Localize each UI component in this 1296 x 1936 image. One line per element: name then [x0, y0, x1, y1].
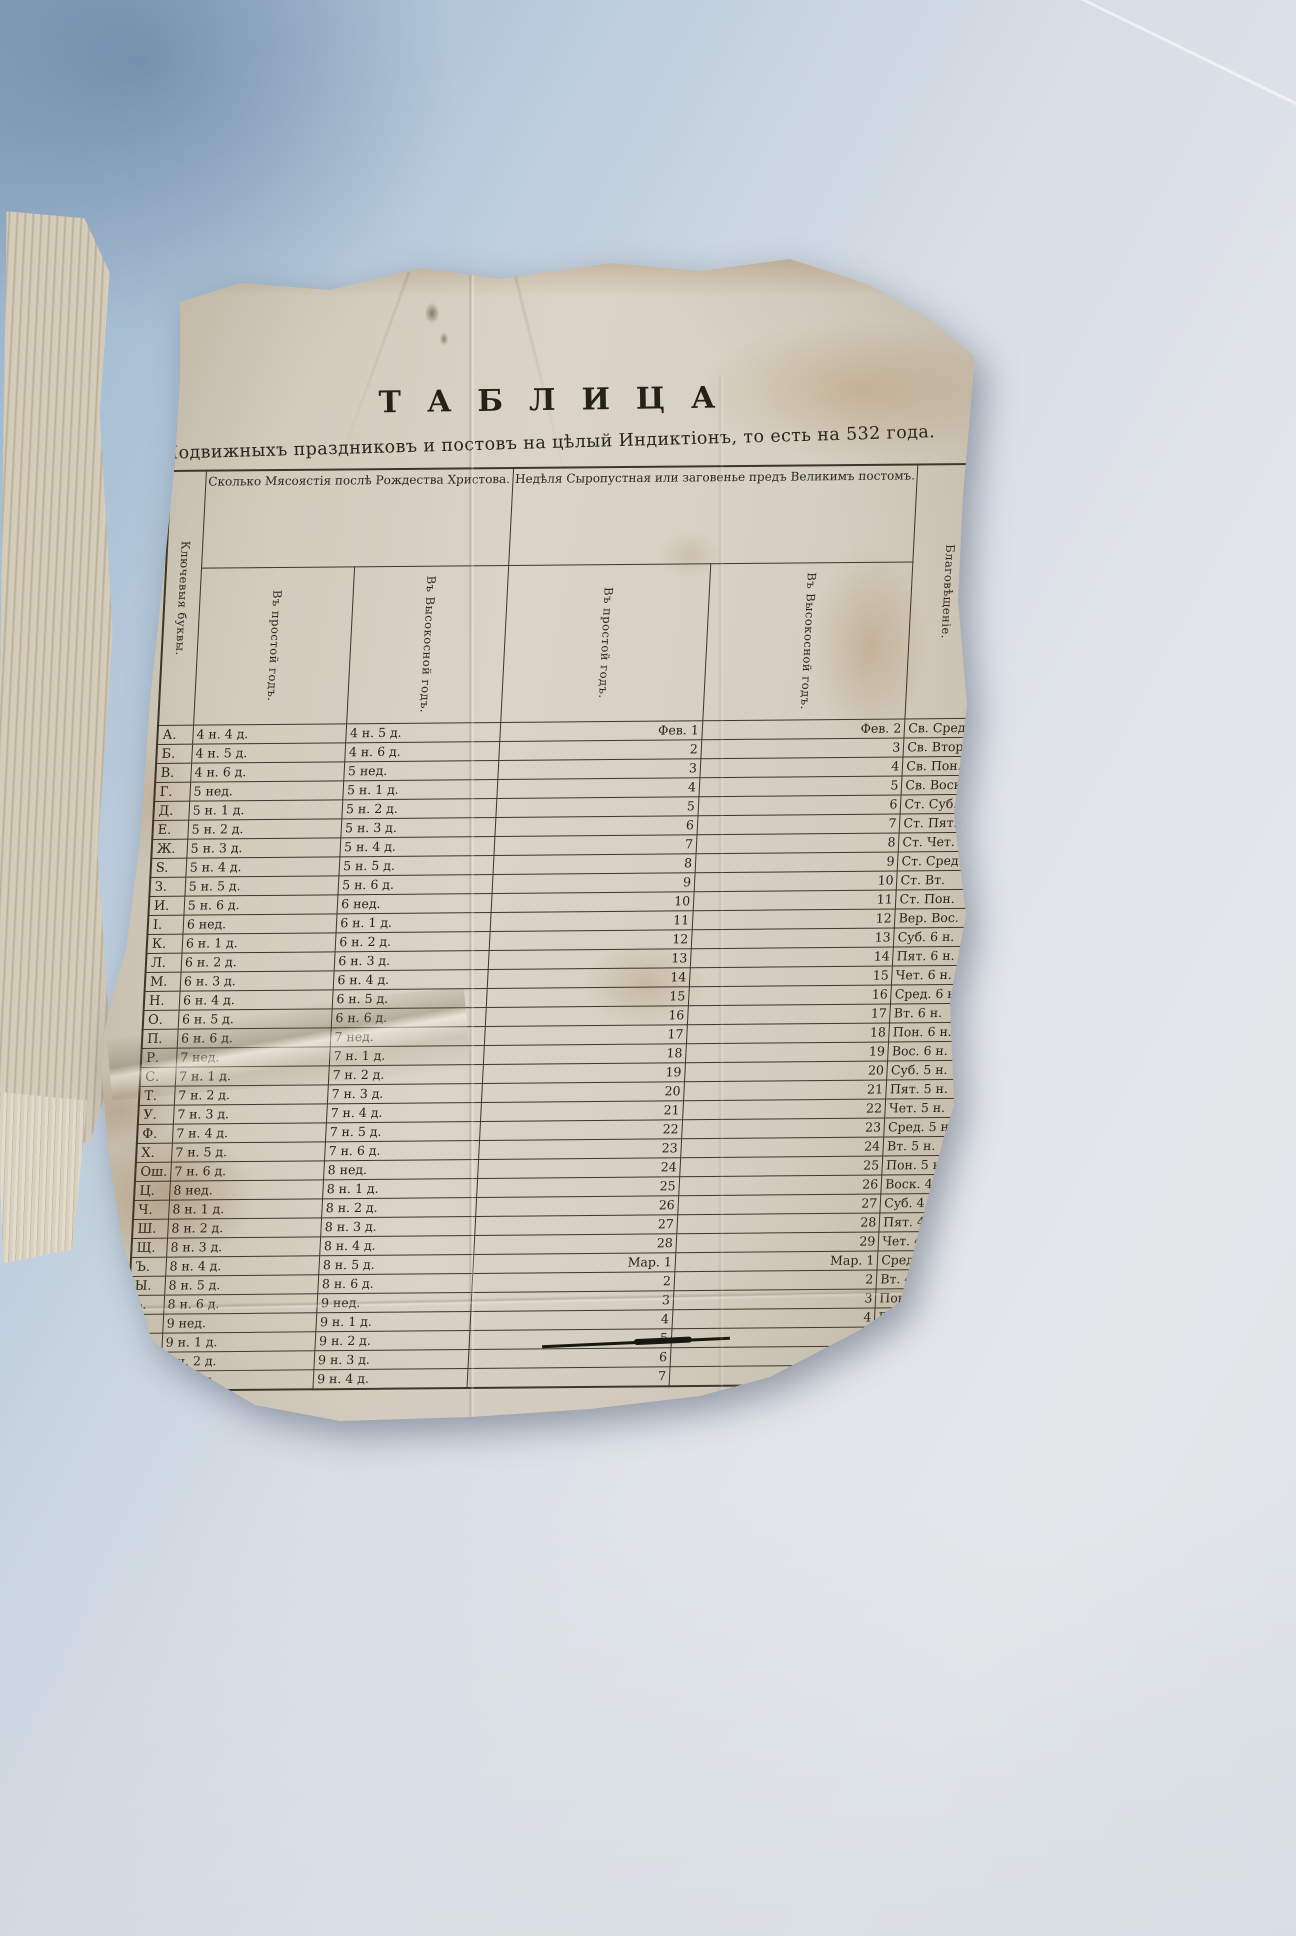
table-cell: 5 нед.	[190, 781, 344, 801]
table-cell: Маія 10	[1146, 716, 1209, 736]
table-cell: 26	[972, 794, 1031, 814]
table-cell: 7	[697, 814, 900, 835]
table-cell: 29	[1127, 1077, 1190, 1097]
table-cell: 6 н. 5 д.	[332, 989, 486, 1009]
table-cell: 18	[686, 1023, 889, 1044]
table-cell: 7 н. 5 д.	[326, 1122, 480, 1142]
table-cell: 4	[672, 1308, 875, 1329]
table-cell: 8 нед.	[324, 1160, 478, 1180]
table-row: В.4 н. 6 д.5 нед.34Св. Пон.24172121955	[155, 753, 1296, 783]
table-cell: 17	[1004, 1325, 1061, 1344]
table-cell: Воск. 4 н.	[881, 1174, 954, 1194]
table-cell: 6	[494, 816, 697, 837]
table-cell: 27	[1064, 1230, 1121, 1249]
table-row: Ч.8 н. 1 д.8 н. 2 д.2627Суб. 4 н.1610254…	[133, 1190, 1296, 1220]
table-cell: 23	[682, 1118, 885, 1139]
table-cell: 4 н. 5 д.	[192, 743, 346, 763]
table-cell: 2	[1245, 1209, 1296, 1228]
table-cell: 3	[1250, 1114, 1296, 1133]
table-cell: 5 н. 1 д.	[343, 780, 497, 800]
table-row: Ш.8 н. 2 д.8 н. 3 д.2728Пят. 4 н.1711265…	[132, 1209, 1296, 1239]
column-header-peter-fast-group: Петрова поста.	[1279, 460, 1296, 558]
table-row: М.6 н. 3 д.6 н. 4 д.1415Чет. 6 н.4281323…	[145, 962, 1296, 992]
table-cell: 29	[676, 1232, 879, 1253]
table-cell: 20	[1030, 812, 1087, 831]
table-cell: 12	[1144, 754, 1207, 774]
table-cell: 4	[1122, 1191, 1185, 1211]
table-cell: 31	[1194, 982, 1257, 1002]
table-cell: Фев. 2	[702, 719, 905, 740]
paschal-table: Ключевыя буквы. Сколько Мясоястія послѣ …	[123, 459, 1296, 1392]
table-cell: 5	[1266, 791, 1296, 810]
table-cell: 14	[1142, 792, 1205, 812]
table-cell: 8 н. 2 д.	[322, 1198, 476, 1218]
table-cell: 2	[1246, 1190, 1296, 1209]
table-cell: 6	[1270, 715, 1296, 734]
column-header-cheesefare-group: Недѣля Сыропустная или заговенье предъ В…	[508, 464, 918, 565]
table-cell: 2	[966, 927, 1025, 947]
table-cell: Сред. 4 н.	[877, 1250, 950, 1270]
table-cell: 6 н. 2 д.	[335, 932, 489, 952]
table-cell: 12	[1008, 1230, 1065, 1249]
table-cell: Воск. 3 н.	[874, 1307, 947, 1327]
table-cell: 28	[1022, 964, 1079, 983]
table-cell: Ц.	[134, 1181, 170, 1200]
table-cell: 19	[1030, 793, 1087, 812]
table-cell: 17	[484, 1025, 687, 1046]
column-header-annunciation: Благовѣщеніе.	[905, 464, 990, 719]
table-cell: 27	[678, 1194, 881, 1215]
table-cell: Суб. 5 н.	[887, 1060, 960, 1080]
table-cell: 4 н. 4 д.	[193, 724, 347, 744]
table-cell: 7	[1083, 850, 1140, 869]
table-cell: 23	[1202, 830, 1265, 850]
table-cell: Ѣ.	[127, 1314, 163, 1333]
table-cell: 18	[1031, 774, 1088, 793]
table-cell: І.	[147, 915, 183, 934]
table-cell: 9 нед.	[317, 1293, 471, 1313]
column-header-meat-simple-year: Въ простой годъ.	[193, 567, 354, 726]
column-header-easter: Пасха Христова.	[977, 463, 1048, 718]
table-cell: 18	[1073, 1059, 1130, 1078]
table-cell: 8 н. 4 д.	[320, 1236, 474, 1256]
table-cell: 27	[1198, 906, 1261, 926]
table-cell: 4 н. 6 д.	[345, 742, 499, 762]
table-cell: 7 н. 3 д.	[173, 1104, 327, 1124]
table-cell: 11	[1079, 926, 1136, 945]
table-cell: 30	[968, 870, 1027, 890]
table-cell: 5	[1015, 1097, 1072, 1116]
table-row: Р.7 нед.7 н. 1 д.1819Вос. 6 н.821727334	[141, 1038, 1296, 1068]
table-cell: 3	[1017, 1059, 1074, 1078]
table-row: Г.5 нед.5 н. 1 д.45Св. Воск.25183132054	[154, 772, 1296, 802]
table-cell: 8 н. 3 д.	[167, 1237, 321, 1257]
table-row: Б.4 н. 5 д.4 н. 6 д.23Св. Втор.2316Маія …	[156, 734, 1296, 764]
table-cell: 21	[1070, 1116, 1127, 1135]
table-cell: 16	[1004, 1306, 1061, 1325]
table-cell: 15	[689, 966, 892, 987]
table-cell: 6 н. 1 д.	[182, 933, 336, 953]
table-cell: 10	[1010, 1192, 1067, 1211]
table-cell: Іюня 1	[1059, 1325, 1116, 1344]
table-cell: 4 н. 5 д.	[346, 723, 500, 743]
column-header-peter-zagovenie: Петровской мясопустъ или заговенье.	[1209, 461, 1284, 716]
table-cell: Маія 17	[1208, 716, 1271, 736]
table-cell: Мар. 1	[472, 1253, 675, 1274]
table-cell: 18	[950, 1231, 1009, 1251]
table-cell: 10	[1185, 1172, 1248, 1192]
table-cell: 7 н. 2 д.	[329, 1065, 483, 1085]
table-cell: 3	[1087, 774, 1144, 793]
table-cell: 9 н. 3 д.	[314, 1350, 468, 1370]
table-cell: Ы.	[129, 1276, 165, 1295]
table-cell: 3	[701, 738, 904, 759]
table-cell: 5	[1269, 734, 1296, 753]
table-cell: 1	[1241, 1285, 1293, 1304]
table-row: S.5 н. 4 д.5 н. 5 д.89Ст. Сред.292271724…	[150, 848, 1296, 878]
table-cell: 5	[1263, 848, 1296, 867]
crease-vertical-right	[718, 375, 724, 1395]
crease-diagonal-right	[511, 264, 572, 498]
table-cell: 19	[1176, 1343, 1239, 1363]
table-cell: Суб. 4 н.	[880, 1193, 953, 1213]
table-cell: 5 н. 6 д.	[338, 875, 492, 895]
table-cell: 2	[1192, 1020, 1255, 1040]
table-cell: 22	[1203, 811, 1266, 831]
table-cell: 9 н. 1 д.	[162, 1332, 316, 1352]
table-row: І.6 нед.6 н. 1 д.1112Вер. Вос.Апр. 12510…	[147, 905, 1296, 935]
table-cell: 2	[1058, 1344, 1115, 1363]
table-cell: 11	[1184, 1191, 1247, 1211]
table-cell: 24	[681, 1137, 884, 1158]
table-cell: 3	[1191, 1039, 1254, 1059]
table-cell: 11	[693, 890, 896, 911]
table-cell: 7	[961, 1022, 1020, 1042]
table-cell: 8	[1118, 1267, 1181, 1287]
table-cell: 5 н. 1 д.	[189, 800, 343, 820]
table-cell: 3	[1252, 1076, 1296, 1095]
table-cell: 4	[1086, 793, 1143, 812]
table-row: Т.7 н. 2 д.7 н. 3 д.2021Пят. 5 н.1041929…	[139, 1076, 1296, 1106]
table-cell: З.	[149, 877, 185, 896]
table-cell: 27	[474, 1215, 677, 1236]
table-cell: 3	[1123, 1172, 1186, 1192]
table-cell: 19	[1002, 1363, 1059, 1383]
table-cell: 23	[1068, 1154, 1125, 1173]
table-row: Ѣ.9 нед.9 н. 1 д.44Воск. 3 н.22163110171…	[127, 1304, 1296, 1334]
table-cell: 12	[1114, 1343, 1177, 1363]
table-row: Я.9 н. 3 д.9 н. 4 д.77Чет. 3 н.251931320…	[124, 1361, 1296, 1391]
table-cell: 18	[1207, 735, 1270, 755]
table-cell: 12	[956, 1117, 1015, 1137]
table-cell: 27	[971, 813, 1030, 833]
table-cell: Чет. 6 н.	[892, 965, 965, 985]
table-row: Х.7 н. 5 д.7 н. 6 д.2324Вт. 5 н.13722Іюн…	[136, 1133, 1296, 1163]
table-cell: 22	[683, 1099, 886, 1120]
table-cell: 3	[470, 1291, 673, 1312]
table-cell: 19	[1206, 754, 1269, 774]
table-cell: 11	[1115, 1324, 1178, 1344]
table-cell: 14	[1006, 1268, 1063, 1287]
table-cell: Б.	[156, 744, 192, 763]
table-cell: Ш.	[132, 1219, 168, 1238]
table-cell: 8 нед.	[169, 1180, 323, 1200]
table-row: Д.5 н. 1 д.5 н. 2 д.56Ст. Суб.2619414215…	[153, 791, 1296, 821]
table-cell: 3	[1290, 1323, 1296, 1342]
table-cell: 6	[1084, 831, 1141, 850]
table-cell: 28	[970, 832, 1029, 852]
table-row: О.6 н. 5 д.6 н. 6 д.1617Вт. 6 н.6301525І…	[143, 1000, 1296, 1030]
table-cell: 15	[953, 1174, 1012, 1194]
table-cell: 16	[952, 1193, 1011, 1213]
table-cell: 5 н. 4 д.	[186, 857, 340, 877]
table-cell: 4	[964, 965, 1023, 985]
table-cell: Апр. 1	[967, 908, 1026, 928]
table-row: Н.6 н. 4 д.6 н. 5 д.1516Сред. 6 н.529142…	[144, 981, 1296, 1011]
table-cell: 21	[480, 1101, 683, 1122]
table-cell: 6 нед.	[337, 894, 491, 914]
table-row: К.6 н. 1 д.6 н. 2 д.1213Суб. 6 н.2261121…	[146, 924, 1296, 954]
table-cell: 23	[975, 737, 1034, 757]
table-cell: 5	[1085, 812, 1142, 831]
table-cell: 22	[1028, 850, 1085, 869]
table-cell: 6	[1189, 1096, 1252, 1116]
table-cell: 7 н. 6 д.	[170, 1161, 324, 1181]
table-cell: Св. Воск.	[901, 775, 974, 795]
table-cell: 22	[946, 1307, 1005, 1327]
table-cell: 13	[955, 1136, 1014, 1156]
table-cell: 11	[957, 1098, 1016, 1118]
table-cell: 3	[497, 759, 700, 780]
table-cell: 4	[1262, 867, 1296, 886]
paper-sheet: ТАБЛИЦА Подвижныхъ праздниковъ и постовъ…	[70, 255, 990, 1445]
table-cell: 9 н. 3 д.	[160, 1370, 314, 1391]
table-cell: 15	[486, 987, 689, 1008]
table-cell: 5	[1121, 1210, 1184, 1230]
paper-surface: ТАБЛИЦА Подвижныхъ праздниковъ и постовъ…	[70, 255, 990, 1445]
table-cell: 8 н. 5 д.	[319, 1255, 473, 1275]
table-cell: 5	[963, 984, 1022, 1004]
table-cell: У.	[138, 1105, 174, 1124]
table-cell: 5	[1292, 1285, 1296, 1304]
table-cell: 2	[1243, 1247, 1295, 1266]
table-cell: Іюня 1	[1125, 1134, 1188, 1154]
table-cell: Чет. 4 н.	[878, 1231, 951, 1251]
table-cell: Пон. 6 н.	[889, 1022, 962, 1042]
table-cell: Маія 1	[1089, 736, 1146, 755]
table-row: Ъ.8 н. 4 д.8 н. 5 д.Мар. 1Мар. 1Сред. 4 …	[130, 1247, 1296, 1277]
table-row: Ц.8 нед.8 н. 1 д.2526Воск. 4 н.159243102…	[134, 1171, 1296, 1201]
page-subtitle: Подвижныхъ праздниковъ и постовъ на цѣлы…	[134, 421, 964, 464]
table-cell: 10	[694, 871, 897, 892]
table-cell: Пон. 5 н.	[882, 1155, 955, 1175]
table-cell: 9	[1117, 1286, 1180, 1306]
table-cell: 4	[1257, 962, 1296, 981]
table-cell: 12	[1183, 1210, 1246, 1230]
table-cell: 6 нед.	[183, 914, 337, 934]
table-cell: 8 н. 1 д.	[323, 1179, 477, 1199]
table-cell: 8	[960, 1041, 1019, 1061]
table-row: Ф.7 н. 4 д.7 н. 5 д.2223Сред. 5 н.126213…	[137, 1114, 1296, 1144]
table-cell: 20	[684, 1061, 887, 1082]
table-cell: 17	[1032, 755, 1089, 774]
table-cell: Св. Сред.	[904, 718, 977, 738]
table-cell: Мар.22	[976, 718, 1035, 738]
table-cell: 4	[1291, 1304, 1296, 1323]
table-cell: Чет. 3 н.	[872, 1364, 945, 1384]
table-cell: 7	[1188, 1115, 1251, 1135]
table-cell: 23	[945, 1326, 1004, 1346]
table-cell: 29	[1196, 944, 1259, 964]
table-cell: 1	[1242, 1266, 1294, 1285]
table-cell: Т.	[139, 1086, 175, 1105]
table-cell: 5	[1267, 772, 1296, 791]
table-cell: 17	[1074, 1040, 1131, 1059]
table-cell: 3	[1253, 1057, 1296, 1076]
table-cell: 13	[1182, 1229, 1245, 1249]
page-title: ТАБЛИЦА	[170, 378, 924, 424]
table-row: Е.5 н. 2 д.5 н. 3 д.67Ст. Пят.2720515225…	[152, 810, 1296, 840]
table-cell: 10	[1116, 1305, 1179, 1325]
table-cell: 26	[1130, 1020, 1193, 1040]
table-cell: 2	[1249, 1133, 1296, 1152]
table-cell: 20	[1136, 906, 1199, 926]
table-cell: Ж.	[151, 839, 187, 858]
table-cell: 16	[1140, 830, 1203, 850]
table-cell: 4	[1016, 1078, 1073, 1097]
table-cell: 4	[1259, 924, 1296, 943]
table-cell: 19	[1072, 1078, 1129, 1097]
paper-tear	[105, 987, 471, 1100]
table-cell: 7 н. 5 д.	[171, 1142, 325, 1162]
table-cell: 25	[1131, 1001, 1194, 1021]
table-cell: Я.	[124, 1371, 160, 1391]
table-cell: 6 н. 3 д.	[180, 971, 334, 991]
table-cell: Вт. 6 н.	[890, 1003, 963, 1023]
table-cell: 31	[967, 889, 1026, 909]
table-cell: 8	[1012, 1154, 1069, 1173]
table-cell: 5 н. 5 д.	[339, 856, 493, 876]
crease-diagonal-left	[332, 271, 410, 479]
table-cell: 6 н. 1 д.	[336, 913, 490, 933]
table-cell: 10	[958, 1079, 1017, 1099]
table-cell: 7 н. 2 д.	[174, 1085, 328, 1105]
table-cell: S.	[150, 858, 186, 877]
table-cell: Ст. Чет.	[899, 832, 972, 852]
table-cell: 6	[468, 1348, 671, 1369]
table-cell: 7 н. 1 д.	[330, 1046, 484, 1066]
table-cell: Ь.	[128, 1295, 164, 1314]
table-cell: 12	[489, 930, 692, 951]
table-cell: 27	[1023, 945, 1080, 964]
table-cell: Ю.	[126, 1333, 162, 1352]
table-cell: 4	[1260, 905, 1296, 924]
table-cell: 23	[1133, 963, 1196, 983]
table-cell: 6 н. 3 д.	[334, 951, 488, 971]
table-cell: 21	[947, 1288, 1006, 1308]
table-cell: 8 н. 6 д.	[318, 1274, 472, 1294]
column-header-cheese-leap-year: Въ Высокосной годъ.	[703, 562, 913, 721]
column-header-pentecost: Пятьдесятница.	[1147, 462, 1222, 717]
table-cell: 31	[1060, 1306, 1117, 1325]
table-cell: 21	[1029, 831, 1086, 850]
table-cell: 16	[1033, 736, 1090, 755]
column-header-meatfast-group: Сколько Мясоястія послѣ Рождества Христо…	[201, 468, 513, 568]
table-cell: 9	[492, 873, 695, 894]
table-cell: 4 н. 6 д.	[191, 762, 345, 782]
table-cell: 2	[1088, 755, 1145, 774]
table-cell: 2	[498, 740, 701, 761]
sill-shadow	[0, 1500, 1296, 1936]
table-cell: 13	[1078, 964, 1135, 983]
table-cell: Ч.	[133, 1200, 169, 1219]
table-cell: Вер. Вос.	[895, 908, 968, 928]
table-cell: 6 н. 6 д.	[331, 1008, 485, 1028]
table-cell: Ф.	[137, 1124, 173, 1143]
column-header-weeks: Недѣли.	[1271, 558, 1296, 716]
table-cell: 16	[1075, 1021, 1132, 1040]
table-cell: 28	[473, 1234, 676, 1255]
table-cell: 2	[1244, 1228, 1296, 1247]
table-cell: Пон. 4 н.	[875, 1288, 948, 1308]
table-cell: 23	[1027, 869, 1084, 888]
table-cell: 18	[483, 1044, 686, 1065]
table-cell: 9	[695, 852, 898, 873]
table-cell: 6	[1120, 1229, 1183, 1249]
table-cell: 10	[1080, 907, 1137, 926]
table-cell: 16	[485, 1006, 688, 1027]
table-cell: 2	[1247, 1171, 1296, 1190]
table-cell: 4	[1258, 943, 1296, 962]
table-cell: 20	[481, 1082, 684, 1103]
table-cell: 2	[674, 1270, 877, 1291]
table-cell: В.	[155, 763, 191, 782]
table-cell: Пят. 6 н.	[893, 946, 966, 966]
table-cell: 25	[1200, 868, 1263, 888]
table-cell: 8 н. 2 д.	[167, 1218, 321, 1238]
table-cell: 6 н. 4 д.	[333, 970, 487, 990]
table-row: А.4 н. 4 д.4 н. 5 д.Фев. 1Фев. 2Св. Сред…	[157, 715, 1296, 745]
table-cell: Р.	[141, 1048, 177, 1067]
table-cell: 13	[691, 928, 894, 949]
table-cell: 2	[1124, 1153, 1187, 1173]
table-cell: 10	[491, 892, 694, 913]
table-cell: 7 н. 1 д.	[175, 1066, 329, 1086]
table-cell: 2	[1018, 1040, 1075, 1059]
table-cell: 9 н. 2 д.	[315, 1331, 469, 1351]
table-cell: 6 н. 6 д.	[177, 1028, 331, 1048]
table-cell: 9 н. 1 д.	[316, 1312, 470, 1332]
table-cell: 24	[1067, 1173, 1124, 1192]
table-cell: 5	[1268, 753, 1296, 772]
table-cell: 19	[1137, 887, 1200, 907]
table-cell: 3	[1254, 1019, 1296, 1038]
table-cell: 3	[965, 946, 1024, 966]
table-cell: 9	[1186, 1153, 1249, 1173]
table-cell: 13	[1143, 773, 1206, 793]
table-body: А.4 н. 4 д.4 н. 5 д.Фев. 1Фев. 2Св. Сред…	[124, 715, 1296, 1391]
table-cell: 4	[1190, 1058, 1253, 1078]
table-cell: 3	[1255, 1000, 1296, 1019]
table-cell: 14	[1181, 1248, 1244, 1268]
table-cell: 8	[1082, 869, 1139, 888]
table-cell: 7 н. 4 д.	[327, 1103, 481, 1123]
table-cell: 28	[1128, 1058, 1191, 1078]
table-row: Юс.9 н. 2 д.9 н. 3 д.66Пят. 3 н.24182121…	[125, 1342, 1296, 1372]
table-cell: 28	[1197, 925, 1260, 945]
table-cell: Вт. 5 н.	[883, 1136, 956, 1156]
table-cell: 18	[1138, 868, 1201, 888]
